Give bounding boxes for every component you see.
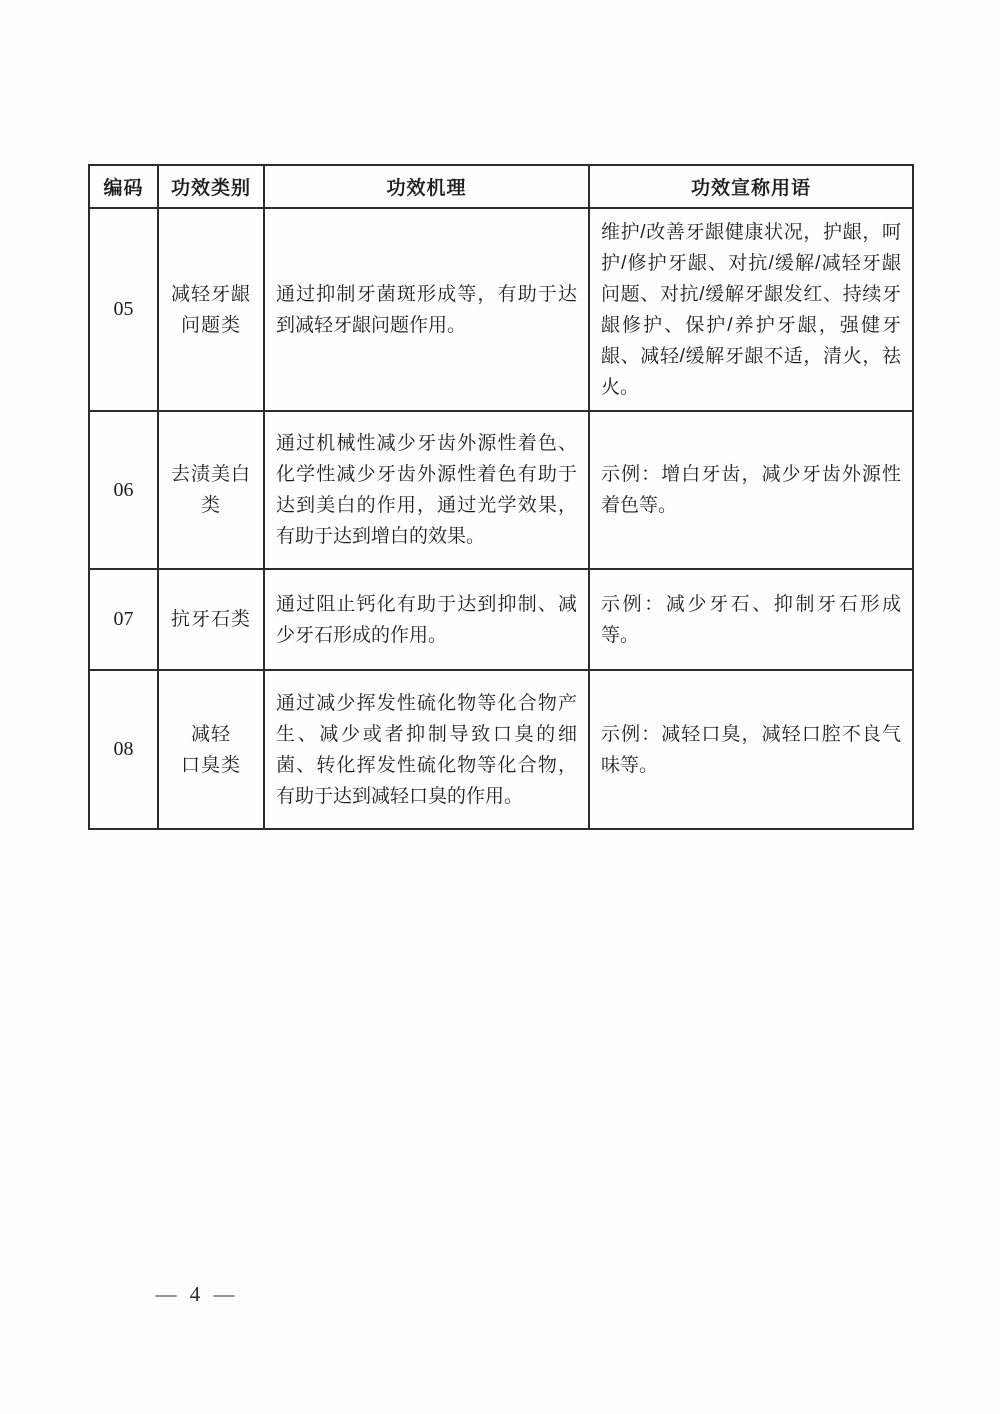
document-page: 编码 功效类别 功效机理 功效宣称用语 05 减轻牙龈 问题类 通过抑制牙菌斑形… xyxy=(0,0,1000,1414)
column-header-claims: 功效宣称用语 xyxy=(589,165,913,208)
table-row: 07 抗牙石类 通过阻止钙化有助于达到抑制、减少牙石形成的作用。 示例：减少牙石… xyxy=(89,569,913,670)
mechanism-cell: 通过机械性减少牙齿外源性着色、化学性减少牙齿外源性着色有助于达到美白的作用，通过… xyxy=(264,411,589,569)
table-body: 05 减轻牙龈 问题类 通过抑制牙菌斑形成等，有助于达到减轻牙龈问题作用。 维护… xyxy=(89,208,913,829)
table-header-row: 编码 功效类别 功效机理 功效宣称用语 xyxy=(89,165,913,208)
mechanism-cell: 通过阻止钙化有助于达到抑制、减少牙石形成的作用。 xyxy=(264,569,589,670)
table-row: 06 去渍美白 类 通过机械性减少牙齿外源性着色、化学性减少牙齿外源性着色有助于… xyxy=(89,411,913,569)
code-cell: 08 xyxy=(89,670,158,829)
claims-cell: 示例：增白牙齿，减少牙齿外源性着色等。 xyxy=(589,411,913,569)
column-header-category: 功效类别 xyxy=(158,165,264,208)
column-header-code: 编码 xyxy=(89,165,158,208)
category-cell: 去渍美白 类 xyxy=(158,411,264,569)
claims-cell: 维护/改善牙龈健康状况，护龈，呵护/修护牙龈、对抗/缓解/减轻牙龈问题、对抗/缓… xyxy=(589,208,913,411)
code-cell: 07 xyxy=(89,569,158,670)
code-cell: 06 xyxy=(89,411,158,569)
table-row: 08 减轻 口臭类 通过减少挥发性硫化物等化合物产生、减少或者抑制导致口臭的细菌… xyxy=(89,670,913,829)
category-cell: 抗牙石类 xyxy=(158,569,264,670)
table-row: 05 减轻牙龈 问题类 通过抑制牙菌斑形成等，有助于达到减轻牙龈问题作用。 维护… xyxy=(89,208,913,411)
column-header-mechanism: 功效机理 xyxy=(264,165,589,208)
efficacy-table: 编码 功效类别 功效机理 功效宣称用语 05 减轻牙龈 问题类 通过抑制牙菌斑形… xyxy=(88,164,914,830)
page-number: — 4 — xyxy=(140,1282,250,1307)
claims-cell: 示例：减轻口臭，减轻口腔不良气味等。 xyxy=(589,670,913,829)
mechanism-cell: 通过减少挥发性硫化物等化合物产生、减少或者抑制导致口臭的细菌、转化挥发性硫化物等… xyxy=(264,670,589,829)
code-cell: 05 xyxy=(89,208,158,411)
mechanism-cell: 通过抑制牙菌斑形成等，有助于达到减轻牙龈问题作用。 xyxy=(264,208,589,411)
category-cell: 减轻 口臭类 xyxy=(158,670,264,829)
claims-cell: 示例：减少牙石、抑制牙石形成等。 xyxy=(589,569,913,670)
category-cell: 减轻牙龈 问题类 xyxy=(158,208,264,411)
